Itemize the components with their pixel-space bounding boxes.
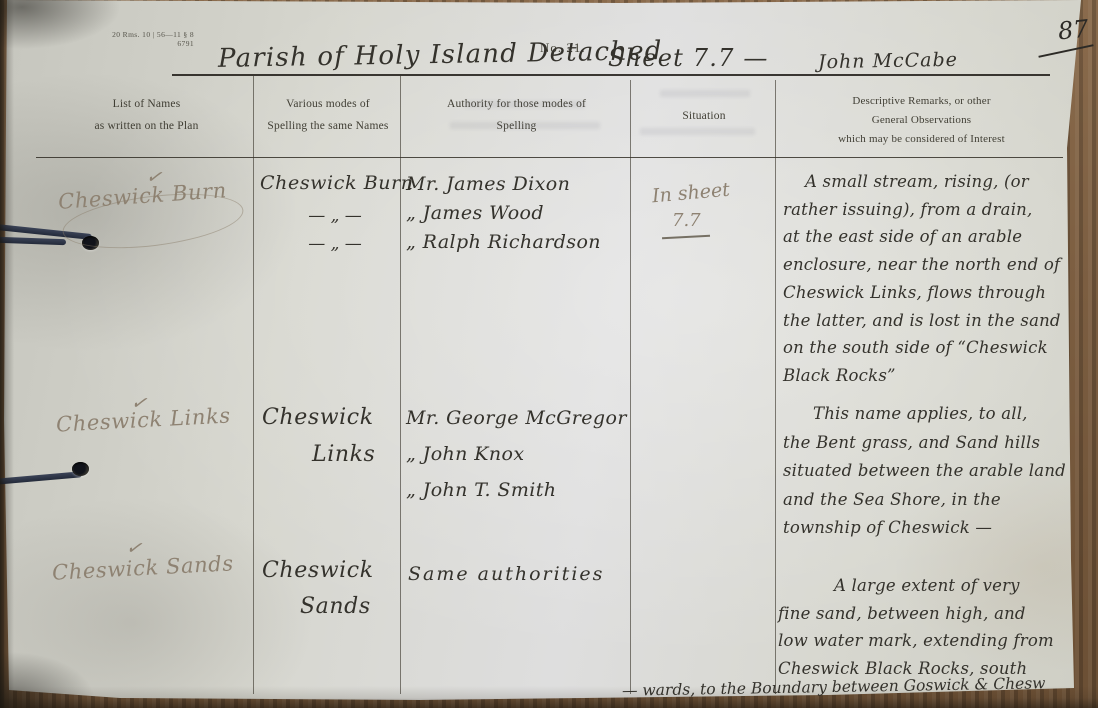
column-header-authority: Authority for those modes ofSpelling [403, 93, 630, 137]
text-line: Black Rocks” [783, 362, 1073, 390]
scanned-page-photo: 20 Rms. 10 | 56—11 § 8 6791 No. 21. Pari… [0, 0, 1098, 708]
text-line: the latter, and is lost in the sand [783, 307, 1073, 335]
bleed-through-mark [640, 128, 755, 135]
bleed-through-mark [465, 101, 585, 108]
spelling-ditto-marks: — „ —— „ — [300, 202, 370, 258]
text-line: Descriptive Remarks, or other [778, 92, 1065, 111]
text-line: Mr. George McGregor [406, 400, 627, 436]
text-line: — „ — [300, 202, 370, 230]
text-line: — „ — [300, 230, 370, 258]
page-number: 87 [1057, 14, 1090, 45]
text-line: Situation [633, 105, 775, 127]
text-line: Spelling the same Names [256, 115, 400, 137]
sheet-label-handwritten: Sheet 7.7 — [608, 44, 769, 72]
column-rule-4 [775, 80, 776, 694]
print-code-line2: 6791 [84, 39, 194, 48]
text-line: This name applies, to all, [783, 400, 1073, 429]
text-line: as written on the Plan [40, 115, 253, 137]
text-line: List of Names [40, 93, 253, 115]
text-line: A large extent of very [778, 572, 1073, 600]
header-bottom-rule [36, 157, 1063, 158]
text-line: Mr. James Dixon [406, 170, 601, 199]
authorities-list: Mr. James Dixon„ James Wood„ Ralph Richa… [406, 170, 601, 257]
binding-hole [72, 462, 89, 476]
print-code: 20 Rms. 10 | 56—11 § 8 6791 [84, 30, 194, 48]
authorities-list: Same authorities [408, 560, 604, 589]
spelling-entry: Links [312, 442, 375, 467]
column-header-names: List of Namesas written on the Plan [40, 93, 253, 137]
text-line: low water mark, extending from [778, 627, 1073, 655]
spelling-entry: Cheswick [262, 558, 374, 583]
spelling-entry: Cheswick Burn [260, 172, 414, 194]
text-line: fine sand, between high, and [778, 600, 1073, 628]
situation-sheet-number: 7.7 [672, 210, 701, 231]
text-line: and the Sea Shore, in the [783, 486, 1073, 515]
text-line: „ John Knox [406, 436, 627, 472]
column-header-remarks: Descriptive Remarks, or otherGeneral Obs… [778, 92, 1065, 149]
text-line: which may be considered of Interest [778, 130, 1065, 149]
text-line: „ James Wood [406, 199, 601, 228]
column-rule-2 [400, 76, 401, 694]
text-line: rather issuing), from a drain, [783, 196, 1073, 224]
authorities-list: Mr. George McGregor„ John Knox„ John T. … [406, 400, 627, 508]
remarks-paragraph: A small stream, rising, (orrather issuin… [783, 168, 1073, 390]
text-line: „ Ralph Richardson [406, 228, 601, 257]
examiner-signature: John McCabe [818, 49, 958, 73]
spelling-entry: Sands [300, 594, 371, 619]
column-header-situation: Situation [633, 105, 775, 127]
column-rule-1 [253, 76, 254, 694]
spelling-entry: Cheswick [262, 405, 374, 430]
remarks-paragraph: A large extent of veryfine sand, between… [778, 572, 1073, 682]
text-line: „ John T. Smith [406, 472, 627, 508]
text-line: Various modes of [256, 93, 400, 115]
print-code-line1: 20 Rms. 10 | 56—11 § 8 [84, 30, 194, 39]
column-rule-3 [630, 80, 631, 694]
text-line: General Observations [778, 111, 1065, 130]
text-line: Same authorities [408, 560, 604, 589]
text-line: enclosure, near the north end of [783, 251, 1073, 279]
text-line: on the south side of “Cheswick [783, 334, 1073, 362]
column-header-spelling: Various modes ofSpelling the same Names [256, 93, 400, 137]
text-line: A small stream, rising, (or [783, 168, 1073, 196]
bleed-through-mark [450, 122, 600, 129]
bleed-through-mark [660, 90, 750, 97]
title-underline [172, 74, 1050, 76]
text-line: the Bent grass, and Sand hills [783, 429, 1073, 458]
text-line: situated between the arable land [783, 457, 1073, 486]
remarks-paragraph: This name applies, to all,the Bent grass… [783, 400, 1073, 543]
text-line: township of Cheswick — [783, 514, 1073, 543]
text-line: Cheswick Links, flows through [783, 279, 1073, 307]
text-line: at the east side of an arable [783, 223, 1073, 251]
